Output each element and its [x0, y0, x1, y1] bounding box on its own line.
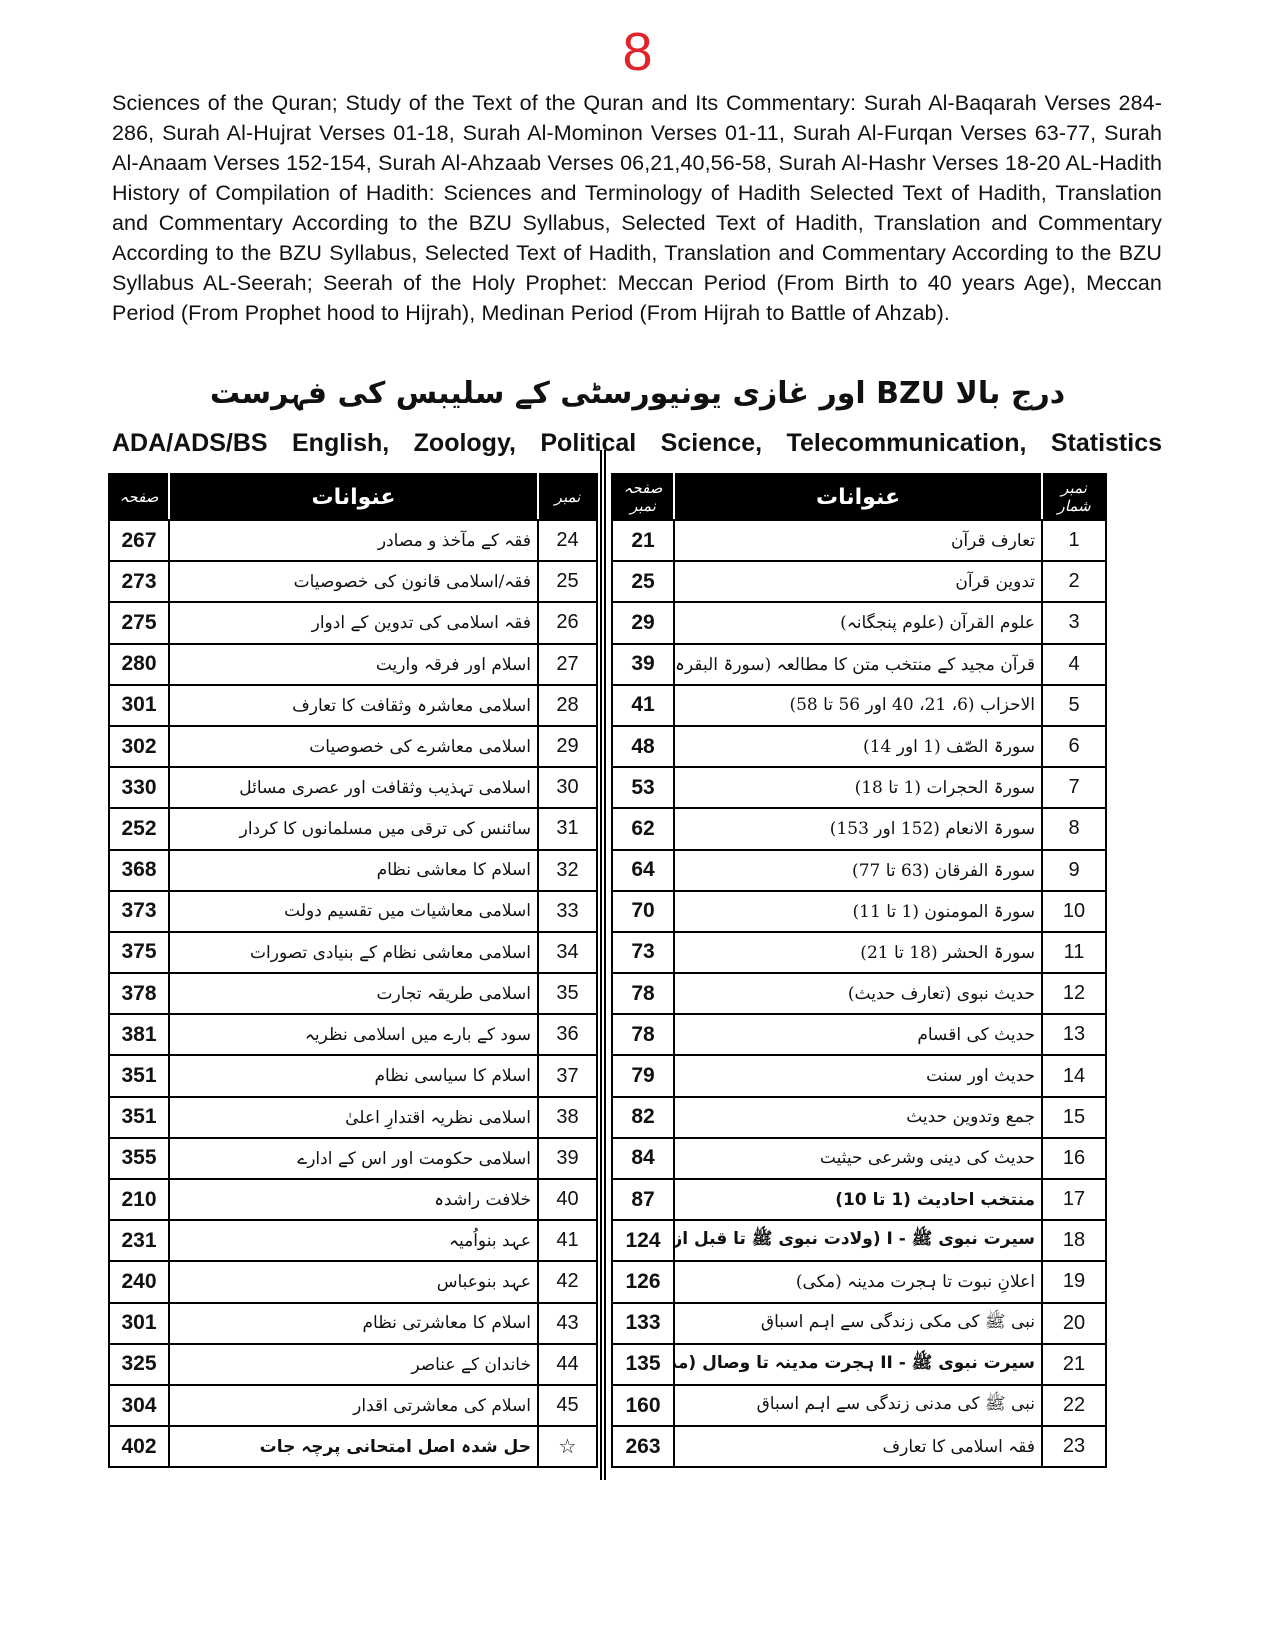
table-row: 273فقہ/اسلامی قانون کی خصوصیات25	[109, 561, 597, 602]
topic-cell: اسلام اور فرقہ واریت	[169, 644, 538, 685]
table-row: 53سورۃ الحجرات (1 تا 18)7	[612, 767, 1106, 808]
number-cell: 11	[1042, 932, 1106, 973]
table-row: 378اسلامی طریقہ تجارت35	[109, 973, 597, 1014]
page-cell: 78	[612, 1014, 674, 1055]
table-row: 210خلافت راشدہ40	[109, 1179, 597, 1220]
topic-cell: سیرت نبوی ﷺ - II ہجرت مدینہ تا وصال (مدن…	[674, 1344, 1042, 1385]
table-row: 263فقہ اسلامی کا تعارف23	[612, 1426, 1106, 1467]
number-cell: 40	[538, 1179, 597, 1220]
table-header-row: صفحہ عنوانات نمبر	[109, 474, 597, 520]
topic-cell: سورۃ المومنون (1 تا 11)	[674, 891, 1042, 932]
topic-cell: سائنس کی ترقی میں مسلمانوں کا کردار	[169, 808, 538, 849]
page-cell: 301	[109, 685, 169, 726]
page-cell: 373	[109, 891, 169, 932]
table-row: 231عہد بنواُمیہ41	[109, 1220, 597, 1261]
number-cell: 13	[1042, 1014, 1106, 1055]
topic-cell: اسلامی معاشی نظام کے بنیادی تصورات	[169, 932, 538, 973]
page-cell: 267	[109, 520, 169, 561]
page-number: 8	[0, 22, 1275, 82]
number-cell: 2	[1042, 561, 1106, 602]
number-cell: 10	[1042, 891, 1106, 932]
table-row: 160نبی ﷺ کی مدنی زندگی سے اہم اسباق22	[612, 1385, 1106, 1426]
page-cell: 84	[612, 1138, 674, 1179]
topic-cell: سورۃ الحشر (18 تا 21)	[674, 932, 1042, 973]
subjects-line: ADA/ADS/BS English, Zoology, Political S…	[112, 426, 1162, 460]
topic-cell: عہد بنواُمیہ	[169, 1220, 538, 1261]
topic-cell: حدیث اور سنت	[674, 1055, 1042, 1096]
table-row: 135سیرت نبوی ﷺ - II ہجرت مدینہ تا وصال (…	[612, 1344, 1106, 1385]
table-row: 25تدوین قرآن2	[612, 561, 1106, 602]
page-cell: 53	[612, 767, 674, 808]
page-cell: 240	[109, 1261, 169, 1302]
number-cell: 35	[538, 973, 597, 1014]
page-cell: 48	[612, 726, 674, 767]
table-row: 325خاندان کے عناصر44	[109, 1344, 597, 1385]
table-row: 70سورۃ المومنون (1 تا 11)10	[612, 891, 1106, 932]
page-cell: 252	[109, 808, 169, 849]
page-cell: 124	[612, 1220, 674, 1261]
number-cell: 8	[1042, 808, 1106, 849]
topic-cell: خاندان کے عناصر	[169, 1344, 538, 1385]
topic-cell: قرآن مجید کے منتخب متن کا مطالعہ (سورۃ ا…	[674, 644, 1042, 685]
page-cell: 29	[612, 602, 674, 643]
topic-cell: اسلام کا معاشرتی نظام	[169, 1303, 538, 1344]
number-cell: 36	[538, 1014, 597, 1055]
table-row: 21تعارف قرآن1	[612, 520, 1106, 561]
page-cell: 21	[612, 520, 674, 561]
table-row: 373اسلامی معاشیات میں تقسیم دولت33	[109, 891, 597, 932]
page-cell: 378	[109, 973, 169, 1014]
table-row: 39قرآن مجید کے منتخب متن کا مطالعہ (سورۃ…	[612, 644, 1106, 685]
table-row: 267فقہ کے مآخذ و مصادر24	[109, 520, 597, 561]
page-cell: 302	[109, 726, 169, 767]
topic-cell: فقہ اسلامی کا تعارف	[674, 1426, 1042, 1467]
contents-table-right: صفحہ نمبر عنوانات نمبر شمار 21تعارف قرآن…	[611, 473, 1107, 1468]
number-cell: 1	[1042, 520, 1106, 561]
header-number: نمبر	[538, 474, 597, 520]
table-row: 304اسلام کی معاشرتی اقدار45	[109, 1385, 597, 1426]
number-cell: 22	[1042, 1385, 1106, 1426]
topic-cell: اسلامی تہذیب وثقافت اور عصری مسائل	[169, 767, 538, 808]
contents-table-left: صفحہ عنوانات نمبر 267فقہ کے مآخذ و مصادر…	[108, 473, 598, 1468]
table-row: 79حدیث اور سنت14	[612, 1055, 1106, 1096]
number-cell: 29	[538, 726, 597, 767]
intro-paragraph: Sciences of the Quran; Study of the Text…	[112, 88, 1162, 328]
number-cell: 44	[538, 1344, 597, 1385]
table-row: 84حدیث کی دینی وشرعی حیثیت16	[612, 1138, 1106, 1179]
page-cell: 280	[109, 644, 169, 685]
topic-cell: تعارف قرآن	[674, 520, 1042, 561]
table-row: 124سیرت نبوی ﷺ - I (ولادت نبوی ﷺ تا قبل …	[612, 1220, 1106, 1261]
number-cell: 26	[538, 602, 597, 643]
table-row: 62سورۃ الانعام (152 اور 153)8	[612, 808, 1106, 849]
table-row: 402حل شدہ اصل امتحانی پرچہ جات☆	[109, 1426, 597, 1467]
page-cell: 133	[612, 1303, 674, 1344]
number-cell: 34	[538, 932, 597, 973]
table-row: 280اسلام اور فرقہ واریت27	[109, 644, 597, 685]
page-cell: 78	[612, 973, 674, 1014]
topic-cell: اسلامی طریقہ تجارت	[169, 973, 538, 1014]
page-cell: 73	[612, 932, 674, 973]
number-cell: 23	[1042, 1426, 1106, 1467]
number-cell: 43	[538, 1303, 597, 1344]
table-row: 351اسلامی نظریہ اقتدارِ اعلیٰ38	[109, 1097, 597, 1138]
urdu-section-title: درج بالا BZU اور غازی یونیورسٹی کے سلیبس…	[0, 372, 1275, 416]
page-cell: 355	[109, 1138, 169, 1179]
number-cell: 14	[1042, 1055, 1106, 1096]
topic-cell: اسلامی حکومت اور اس کے ادارے	[169, 1138, 538, 1179]
table-row: 78حدیث کی اقسام13	[612, 1014, 1106, 1055]
topic-cell: اسلامی نظریہ اقتدارِ اعلیٰ	[169, 1097, 538, 1138]
page-cell: 351	[109, 1055, 169, 1096]
topic-cell: فقہ/اسلامی قانون کی خصوصیات	[169, 561, 538, 602]
number-cell: 4	[1042, 644, 1106, 685]
topic-cell: اسلامی معاشرہ وثقافت کا تعارف	[169, 685, 538, 726]
page-cell: 381	[109, 1014, 169, 1055]
header-page: صفحہ	[109, 474, 169, 520]
table-header-row: صفحہ نمبر عنوانات نمبر شمار	[612, 474, 1106, 520]
number-cell: 12	[1042, 973, 1106, 1014]
number-cell: 15	[1042, 1097, 1106, 1138]
page-cell: 273	[109, 561, 169, 602]
table-row: 375اسلامی معاشی نظام کے بنیادی تصورات34	[109, 932, 597, 973]
number-cell: 45	[538, 1385, 597, 1426]
page-cell: 64	[612, 850, 674, 891]
topic-cell: فقہ کے مآخذ و مصادر	[169, 520, 538, 561]
number-cell: 19	[1042, 1261, 1106, 1302]
number-cell: 25	[538, 561, 597, 602]
number-cell: 39	[538, 1138, 597, 1179]
topic-cell: سورۃ الفرقان (63 تا 77)	[674, 850, 1042, 891]
number-cell: 41	[538, 1220, 597, 1261]
number-cell: 17	[1042, 1179, 1106, 1220]
topic-cell: حدیث کی اقسام	[674, 1014, 1042, 1055]
topic-cell: سود کے بارے میں اسلامی نظریہ	[169, 1014, 538, 1055]
topic-cell: حدیث کی دینی وشرعی حیثیت	[674, 1138, 1042, 1179]
page-cell: 368	[109, 850, 169, 891]
table-row: 355اسلامی حکومت اور اس کے ادارے39	[109, 1138, 597, 1179]
number-cell: 28	[538, 685, 597, 726]
topic-cell: اعلانِ نبوت تا ہجرت مدینہ (مکی)	[674, 1261, 1042, 1302]
table-row: 330اسلامی تہذیب وثقافت اور عصری مسائل30	[109, 767, 597, 808]
page-cell: 325	[109, 1344, 169, 1385]
number-cell: 20	[1042, 1303, 1106, 1344]
number-cell: 18	[1042, 1220, 1106, 1261]
number-cell: 33	[538, 891, 597, 932]
page-cell: 275	[109, 602, 169, 643]
table-row: 302اسلامی معاشرے کی خصوصیات29	[109, 726, 597, 767]
number-cell: 5	[1042, 685, 1106, 726]
page-cell: 82	[612, 1097, 674, 1138]
header-topics: عنوانات	[169, 474, 538, 520]
table-row: 275فقہ اسلامی کی تدوین کے ادوار26	[109, 602, 597, 643]
topic-cell: فقہ اسلامی کی تدوین کے ادوار	[169, 602, 538, 643]
number-cell: 7	[1042, 767, 1106, 808]
number-cell: 27	[538, 644, 597, 685]
table-row: 381سود کے بارے میں اسلامی نظریہ36	[109, 1014, 597, 1055]
topic-cell: سیرت نبوی ﷺ - I (ولادت نبوی ﷺ تا قبل از …	[674, 1220, 1042, 1261]
number-cell: 9	[1042, 850, 1106, 891]
page-cell: 304	[109, 1385, 169, 1426]
table-row: 29علوم القرآن (علوم پنجگانہ)3	[612, 602, 1106, 643]
table-row: 64سورۃ الفرقان (63 تا 77)9	[612, 850, 1106, 891]
number-cell: 30	[538, 767, 597, 808]
page-cell: 135	[612, 1344, 674, 1385]
table-row: 351اسلام کا سیاسی نظام37	[109, 1055, 597, 1096]
table-row: 78حدیث نبوی (تعارف حدیث)12	[612, 973, 1106, 1014]
page-cell: 375	[109, 932, 169, 973]
table-row: 82جمع وتدوین حدیث15	[612, 1097, 1106, 1138]
topic-cell: اسلامی معاشیات میں تقسیم دولت	[169, 891, 538, 932]
topic-cell: الاحزاب (6، 21، 40 اور 56 تا 58)	[674, 685, 1042, 726]
topic-cell: نبی ﷺ کی مدنی زندگی سے اہم اسباق	[674, 1385, 1042, 1426]
header-topics: عنوانات	[674, 474, 1042, 520]
topic-cell: خلافت راشدہ	[169, 1179, 538, 1220]
page-cell: 25	[612, 561, 674, 602]
table-row: 41الاحزاب (6، 21، 40 اور 56 تا 58)5	[612, 685, 1106, 726]
number-cell: 21	[1042, 1344, 1106, 1385]
topic-cell: اسلام کی معاشرتی اقدار	[169, 1385, 538, 1426]
number-cell: 32	[538, 850, 597, 891]
page-cell: 79	[612, 1055, 674, 1096]
table-row: 368اسلام کا معاشی نظام32	[109, 850, 597, 891]
page-cell: 330	[109, 767, 169, 808]
topic-cell: سورۃ الصّف (1 اور 14)	[674, 726, 1042, 767]
page-cell: 402	[109, 1426, 169, 1467]
topic-cell: سورۃ الحجرات (1 تا 18)	[674, 767, 1042, 808]
page-cell: 62	[612, 808, 674, 849]
topic-cell: سورۃ الانعام (152 اور 153)	[674, 808, 1042, 849]
number-cell: 6	[1042, 726, 1106, 767]
page-cell: 39	[612, 644, 674, 685]
topic-cell: اسلامی معاشرے کی خصوصیات	[169, 726, 538, 767]
table-row: 48سورۃ الصّف (1 اور 14)6	[612, 726, 1106, 767]
page-cell: 301	[109, 1303, 169, 1344]
table-row: 252سائنس کی ترقی میں مسلمانوں کا کردار31	[109, 808, 597, 849]
table-row: 133نبی ﷺ کی مکی زندگی سے اہم اسباق20	[612, 1303, 1106, 1344]
page-cell: 87	[612, 1179, 674, 1220]
table-row: 301اسلامی معاشرہ وثقافت کا تعارف28	[109, 685, 597, 726]
page-cell: 70	[612, 891, 674, 932]
page-cell: 126	[612, 1261, 674, 1302]
header-page-number: صفحہ نمبر	[612, 474, 674, 520]
topic-cell: نبی ﷺ کی مکی زندگی سے اہم اسباق	[674, 1303, 1042, 1344]
table-row: 240عہد بنوعباس42	[109, 1261, 597, 1302]
topic-cell: عہد بنوعباس	[169, 1261, 538, 1302]
topic-cell: تدوین قرآن	[674, 561, 1042, 602]
page-cell: 231	[109, 1220, 169, 1261]
number-cell: 31	[538, 808, 597, 849]
table-row: 126اعلانِ نبوت تا ہجرت مدینہ (مکی)19	[612, 1261, 1106, 1302]
table-row: 73سورۃ الحشر (18 تا 21)11	[612, 932, 1106, 973]
number-cell: 42	[538, 1261, 597, 1302]
number-cell: 37	[538, 1055, 597, 1096]
page-cell: 263	[612, 1426, 674, 1467]
page-cell: 41	[612, 685, 674, 726]
table-row: 301اسلام کا معاشرتی نظام43	[109, 1303, 597, 1344]
topic-cell: اسلام کا معاشی نظام	[169, 850, 538, 891]
topic-cell: علوم القرآن (علوم پنجگانہ)	[674, 602, 1042, 643]
topic-cell: حدیث نبوی (تعارف حدیث)	[674, 973, 1042, 1014]
topic-cell: منتخب احادیث (1 تا 10)	[674, 1179, 1042, 1220]
topic-cell: جمع وتدوین حدیث	[674, 1097, 1042, 1138]
page-cell: 351	[109, 1097, 169, 1138]
column-divider	[600, 450, 606, 1480]
number-cell: 3	[1042, 602, 1106, 643]
topic-cell: اسلام کا سیاسی نظام	[169, 1055, 538, 1096]
number-cell: ☆	[538, 1426, 597, 1467]
header-serial-number: نمبر شمار	[1042, 474, 1106, 520]
number-cell: 38	[538, 1097, 597, 1138]
table-row: 87منتخب احادیث (1 تا 10)17	[612, 1179, 1106, 1220]
number-cell: 24	[538, 520, 597, 561]
number-cell: 16	[1042, 1138, 1106, 1179]
topic-cell: حل شدہ اصل امتحانی پرچہ جات	[169, 1426, 538, 1467]
page-cell: 160	[612, 1385, 674, 1426]
page-cell: 210	[109, 1179, 169, 1220]
